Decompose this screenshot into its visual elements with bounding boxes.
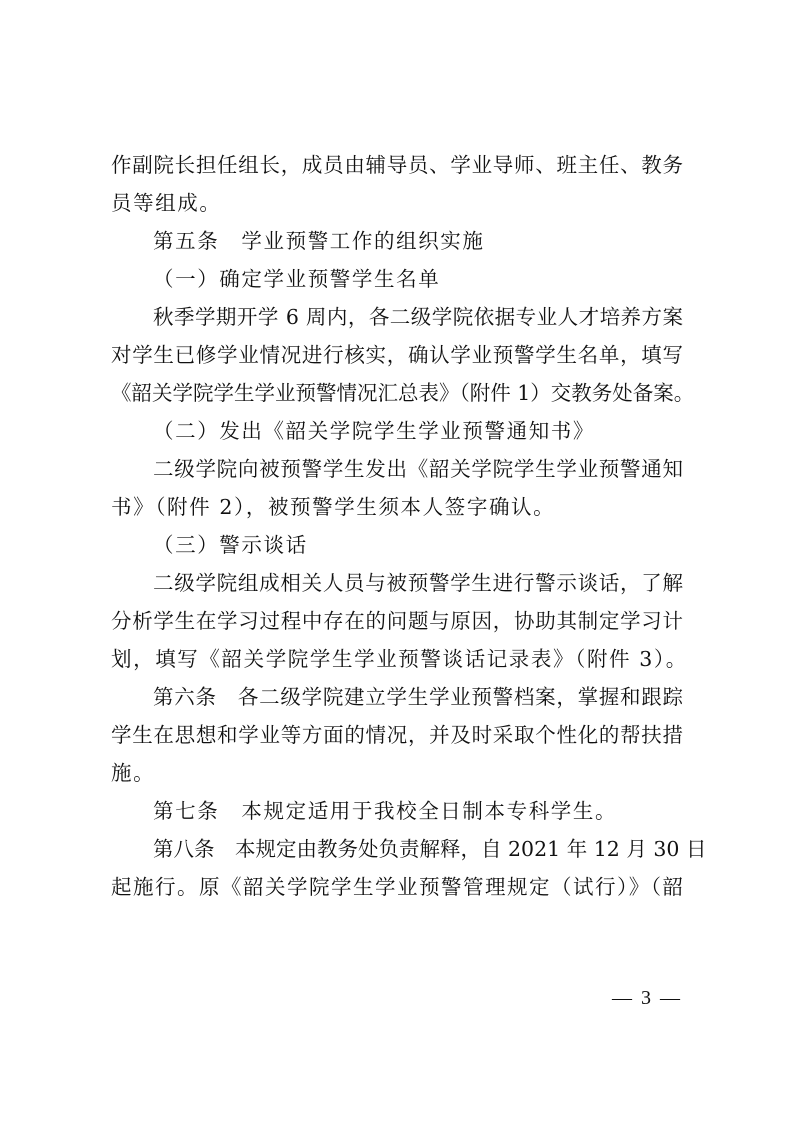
article-8-line: 第八条 本规定由教务处负责解释，自 2021 年 12 月 30 日 xyxy=(111,830,683,868)
paragraph-line: 二级学院向被预警学生发出《韶关学院学生学业预警通知 xyxy=(111,450,683,488)
section-heading-3: （三）警示谈话 xyxy=(111,526,683,564)
paragraph-line: 书》（附件 2），被预警学生须本人签字确认。 xyxy=(111,488,683,526)
section-heading-2: （二）发出《韶关学院学生学业预警通知书》 xyxy=(111,412,683,450)
paragraph-line: 员等组成。 xyxy=(111,184,683,222)
paragraph-line: 作副院长担任组长，成员由辅导员、学业导师、班主任、教务 xyxy=(111,146,683,184)
section-heading-1: （一）确定学业预警学生名单 xyxy=(111,260,683,298)
article-heading-5: 第五条 学业预警工作的组织实施 xyxy=(111,222,683,260)
paragraph-line: 对学生已修学业情况进行核实，确认学业预警学生名单，填写 xyxy=(111,336,683,374)
paragraph-line: 起施行。原《韶关学院学生学业预警管理规定（试行）》（韶 xyxy=(111,868,683,906)
paragraph-line: 施。 xyxy=(111,754,683,792)
paragraph-line: 划，填写《韶关学院学生学业预警谈话记录表》（附件 3）。 xyxy=(111,640,683,678)
article-6-line: 第六条 各二级学院建立学生学业预警档案，掌握和跟踪 xyxy=(111,678,683,716)
paragraph-line: 分析学生在学习过程中存在的问题与原因，协助其制定学习计 xyxy=(111,602,683,640)
page-number: — 3 — xyxy=(612,986,682,1010)
paragraph-line: 学生在思想和学业等方面的情况，并及时采取个性化的帮扶措 xyxy=(111,716,683,754)
paragraph-line: 秋季学期开学 6 周内，各二级学院依据专业人才培养方案 xyxy=(111,298,683,336)
article-7-line: 第七条 本规定适用于我校全日制本专科学生。 xyxy=(111,792,683,830)
paragraph-line: 二级学院组成相关人员与被预警学生进行警示谈话，了解 xyxy=(111,564,683,602)
document-body: 作副院长担任组长，成员由辅导员、学业导师、班主任、教务 员等组成。 第五条 学业… xyxy=(111,146,683,906)
paragraph-line: 《韶关学院学生学业预警情况汇总表》（附件 1）交教务处备案。 xyxy=(111,374,683,412)
